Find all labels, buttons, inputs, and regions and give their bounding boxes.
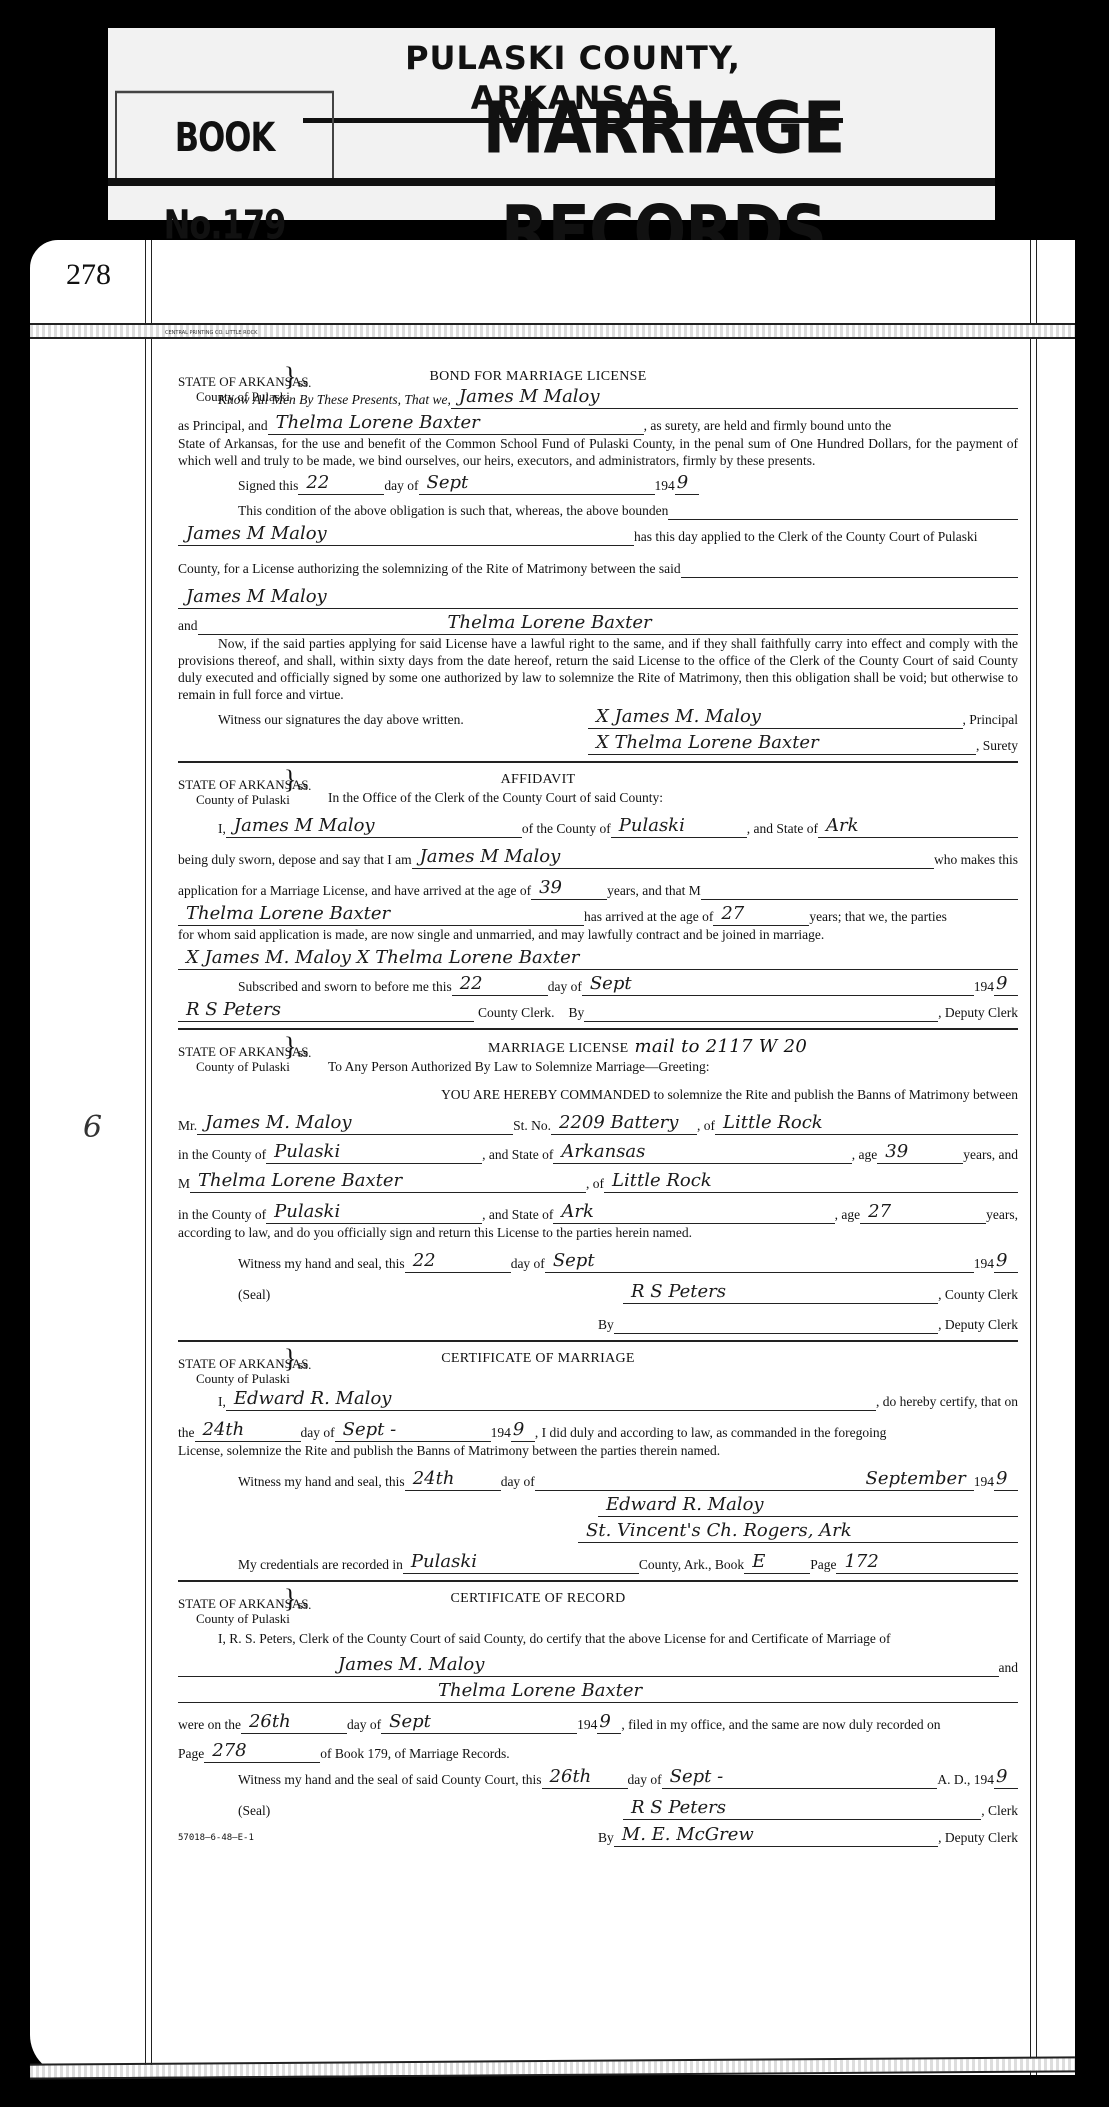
ss-mark: ss. xyxy=(298,1044,311,1062)
in-county-label: in the County of xyxy=(178,1146,266,1164)
license-year-digit: 9 xyxy=(994,1250,1018,1273)
day-of-label: day of xyxy=(301,1424,335,1442)
certify-text: , do hereby certify, that on xyxy=(876,1393,1018,1411)
i-label: I, xyxy=(218,820,226,838)
bride-city: Little Rock xyxy=(604,1170,1018,1193)
records-banner: PULASKI COUNTY, ARKANSAS BOOK No.179 MAR… xyxy=(108,28,995,220)
the-label: the xyxy=(178,1424,195,1442)
affidavit-bride: Thelma Lorene Baxter xyxy=(178,903,584,926)
witness-label: Witness my hand and seal, this xyxy=(238,1255,405,1273)
and-state-label: , and State of xyxy=(482,1206,553,1224)
and-state-label: , and State of xyxy=(747,820,818,838)
surety-label: , Surety xyxy=(976,737,1018,755)
license-bride: Thelma Lorene Baxter xyxy=(190,1170,586,1193)
bride-state: Ark xyxy=(553,1201,834,1224)
day-of-label: day of xyxy=(548,978,582,996)
officiant-signature: Edward R. Maloy xyxy=(598,1494,1018,1517)
day-of-label: day of xyxy=(501,1473,535,1491)
year-prefix: 194 xyxy=(974,1255,994,1273)
bride-arrived-text: has arrived at the age of xyxy=(584,908,713,926)
mr-label: Mr. xyxy=(178,1117,197,1135)
ss-mark: ss. xyxy=(298,1356,311,1374)
affidavit-section: STATE OF ARKANSAS County of Pulaski ss. … xyxy=(178,763,1018,1030)
age-label: , age xyxy=(835,1206,860,1224)
by-label: By xyxy=(598,1829,614,1847)
principal-signature: X James M. Maloy xyxy=(588,706,963,729)
m-label: M xyxy=(178,1175,190,1193)
bride-age: 27 xyxy=(713,903,809,926)
deputy-clerk-label: , Deputy Clerk xyxy=(938,1004,1018,1022)
marriage-day: 24th xyxy=(195,1419,301,1442)
deputy-line xyxy=(614,1333,938,1334)
filed-text: , filed in my office, and the same are n… xyxy=(621,1716,940,1734)
certificate-record-title: CERTIFICATE OF RECORD xyxy=(328,1590,748,1608)
ss-mark: ss. xyxy=(298,374,311,392)
and-label: and xyxy=(999,1659,1019,1677)
deputy-clerk-label: , Deputy Clerk xyxy=(938,1829,1018,1847)
years-label: years, xyxy=(986,1206,1018,1224)
blank-line xyxy=(701,899,1018,900)
affiant-county: Pulaski xyxy=(611,815,747,838)
of-label: , of xyxy=(697,1117,715,1135)
county-ark-book-label: County, Ark., Book xyxy=(639,1556,744,1574)
in-county-label: in the County of xyxy=(178,1206,266,1224)
years-and-text: years, and that M xyxy=(607,882,701,900)
deputy-clerk-label: , Deputy Clerk xyxy=(938,1316,1018,1334)
i-label: I, xyxy=(218,1393,226,1411)
affidavit-title: AFFIDAVIT xyxy=(328,771,748,789)
license-month: Sept xyxy=(545,1250,974,1273)
credentials-book: E xyxy=(744,1551,810,1574)
bond-year-digit: 9 xyxy=(675,472,699,495)
groom-age: 39 xyxy=(531,877,607,900)
record-month: Sept xyxy=(381,1711,577,1734)
were-on-label: were on the xyxy=(178,1716,241,1734)
license-clerk-signature: R S Peters xyxy=(623,1281,938,1304)
marriage-form: STATE OF ARKANSAS County of Pulaski ss. … xyxy=(178,360,1018,1853)
license-title-row: MARRIAGE LICENSEmail to 2117 W 20 xyxy=(328,1038,888,1058)
ss-mark: ss. xyxy=(298,1596,311,1614)
st-no-label: St. No. xyxy=(513,1117,551,1135)
witness-label: Witness my hand and seal, this xyxy=(238,1473,405,1491)
surety-name: Thelma Lorene Baxter xyxy=(268,412,644,435)
did-duly-text: , I did duly and according to law, as co… xyxy=(535,1424,887,1442)
day-of-label: day of xyxy=(384,477,418,495)
bond-section: STATE OF ARKANSAS County of Pulaski ss. … xyxy=(178,360,1018,763)
deputy-signature: M. E. McGrew xyxy=(614,1824,938,1847)
banner-rule xyxy=(108,178,995,186)
of-book-text: of Book 179, of Marriage Records. xyxy=(320,1745,509,1763)
certificate-marriage-title: CERTIFICATE OF MARRIAGE xyxy=(328,1350,748,1368)
principal-name: James M Maloy xyxy=(451,386,1018,409)
condition-text: This condition of the above obligation i… xyxy=(238,502,668,520)
officiant-church: St. Vincent's Ch. Rogers, Ark xyxy=(578,1520,1018,1543)
marriage-year-digit: 9 xyxy=(511,1419,535,1442)
record-witness-year-digit: 9 xyxy=(994,1766,1018,1789)
day-of-label: day of xyxy=(347,1716,381,1734)
bond-body: State of Arkansas, for the use and benef… xyxy=(178,435,1018,469)
record-clerk-signature: R S Peters xyxy=(623,1797,981,1820)
credentials-label: My credentials are recorded in xyxy=(238,1556,403,1574)
sworn-text: being duly sworn, depose and say that I … xyxy=(178,851,412,869)
year-prefix: 194 xyxy=(974,978,994,996)
county-clerk-label: , County Clerk xyxy=(938,1286,1018,1304)
surety-signature: X Thelma Lorene Baxter xyxy=(588,732,976,755)
witness-year-digit: 9 xyxy=(994,1468,1018,1491)
by-label: By xyxy=(569,1004,585,1022)
clerk-signature: R S Peters xyxy=(178,999,474,1022)
year-prefix: 194 xyxy=(577,1716,597,1734)
margin-note: 6 xyxy=(83,1110,102,1145)
year-prefix: 194 xyxy=(974,1473,994,1491)
record-witness-month: Sept - xyxy=(662,1766,938,1789)
day-of-label: day of xyxy=(511,1255,545,1273)
groom-county: Pulaski xyxy=(266,1141,482,1164)
bond-day: 22 xyxy=(298,472,384,495)
deputy-line xyxy=(584,1021,938,1022)
affidavit-applicant: James M Maloy xyxy=(412,846,934,869)
certificate-record-section: STATE OF ARKANSAS County of Pulaski ss. … xyxy=(178,1582,1018,1853)
affiant-state: Ark xyxy=(818,815,1018,838)
application-text: application for a Marriage License, and … xyxy=(178,882,531,900)
record-page: 278 xyxy=(204,1740,320,1763)
form-number: 57018—6-48—E-1 xyxy=(178,1829,598,1847)
right-margin-rule xyxy=(1030,240,1037,2075)
witness-day: 24th xyxy=(405,1468,501,1491)
principal-label: , Principal xyxy=(963,711,1019,729)
bride-county: Pulaski xyxy=(266,1201,482,1224)
years-parties-text: years; that we, the parties xyxy=(809,908,947,926)
witness-text: Witness our signatures the day above wri… xyxy=(218,711,588,729)
page-label: Page xyxy=(178,1745,204,1763)
and-state-label: , and State of xyxy=(482,1146,553,1164)
record-year-digit: 9 xyxy=(597,1711,621,1734)
affidavit-signatures: X James M. Maloy X Thelma Lorene Baxter xyxy=(178,947,1018,970)
according-text: according to law, and do you officially … xyxy=(178,1224,1018,1242)
license-bride-age: 27 xyxy=(860,1201,986,1224)
year-prefix: 194 xyxy=(491,1424,511,1442)
record-intro: I, R. S. Peters, Clerk of the County Cou… xyxy=(178,1630,1018,1648)
clerk-label: , Clerk xyxy=(981,1802,1018,1820)
groom-city: Little Rock xyxy=(715,1112,1018,1135)
for-whom-text: for whom said application is made, are n… xyxy=(178,926,1018,944)
record-bride: Thelma Lorene Baxter xyxy=(178,1680,1018,1703)
page-number: 278 xyxy=(66,258,111,292)
mail-note: mail to 2117 W 20 xyxy=(635,1036,808,1057)
affidavit-month: Sept xyxy=(582,973,974,996)
bride-name: Thelma Lorene Baxter xyxy=(198,612,1019,635)
seal-label: (Seal) xyxy=(238,1286,623,1304)
groom-street: 2209 Battery xyxy=(551,1112,697,1135)
affiant-name: James M Maloy xyxy=(226,815,522,838)
affidavit-day: 22 xyxy=(452,973,548,996)
marriage-month: Sept - xyxy=(335,1419,491,1442)
county-license-text: County, for a License authorizing the so… xyxy=(178,560,681,578)
year-prefix: 194 xyxy=(655,477,675,495)
as-principal-text: as Principal, and xyxy=(178,417,268,435)
groom-state: Arkansas xyxy=(553,1141,851,1164)
left-margin-rule xyxy=(145,240,152,2075)
surety-text: , as surety, are held and firmly bound u… xyxy=(644,417,892,435)
printer-mark: CENTRAL PRINTING CO. LITTLE ROCK xyxy=(165,330,257,336)
certificate-marriage-section: STATE OF ARKANSAS County of Pulaski ss. … xyxy=(178,1342,1018,1582)
record-day: 26th xyxy=(241,1711,347,1734)
subscribed-text: Subscribed and sworn to before me this xyxy=(238,978,452,996)
applicant-name: James M Maloy xyxy=(178,523,634,546)
of-label: , of xyxy=(586,1175,604,1193)
page-label: Page xyxy=(810,1556,836,1574)
signed-this-label: Signed this xyxy=(238,477,298,495)
applied-text: has this day applied to the Clerk of the… xyxy=(634,528,977,546)
ad-label: A. D., 194 xyxy=(937,1771,994,1789)
and-label: and xyxy=(178,617,198,635)
greeting-text: To Any Person Authorized By Law to Solem… xyxy=(328,1058,1018,1076)
age-label: , age xyxy=(852,1146,877,1164)
day-of-label: day of xyxy=(628,1771,662,1789)
office-text: In the Office of the Clerk of the County… xyxy=(328,789,1018,807)
credentials-county: Pulaski xyxy=(403,1551,639,1574)
license-groom-age: 39 xyxy=(877,1141,963,1164)
solemnize-text: License, solemnize the Rite and publish … xyxy=(178,1442,1018,1460)
officiant-name: Edward R. Maloy xyxy=(226,1388,876,1411)
license-title: MARRIAGE LICENSE xyxy=(488,1041,629,1056)
bond-title: BOND FOR MARRIAGE LICENSE xyxy=(328,368,748,386)
record-groom: James M. Maloy xyxy=(178,1654,999,1677)
witness-label: Witness my hand and the seal of said Cou… xyxy=(238,1771,542,1789)
book-number: BOOK No.179 xyxy=(115,91,334,184)
ss-mark: ss. xyxy=(298,777,311,795)
groom-name: James M Maloy xyxy=(178,586,1018,609)
blank-line xyxy=(668,519,1018,520)
commanded-text: YOU ARE HEREBY COMMANDED to solemnize th… xyxy=(178,1086,1018,1104)
credentials-page: 172 xyxy=(836,1551,1018,1574)
county-clerk-label: County Clerk. xyxy=(478,1004,555,1022)
now-if-paragraph: Now, if the said parties applying for sa… xyxy=(178,635,1018,703)
license-groom: James M. Maloy xyxy=(197,1112,513,1135)
seal-label: (Seal) xyxy=(238,1802,623,1820)
affidavit-year-digit: 9 xyxy=(994,973,1018,996)
who-makes-text: who makes this xyxy=(934,851,1018,869)
record-witness-day: 26th xyxy=(542,1766,628,1789)
license-day: 22 xyxy=(405,1250,511,1273)
by-label: By xyxy=(598,1316,614,1334)
blank-line xyxy=(681,577,1018,578)
years-and-label: years, and xyxy=(963,1146,1018,1164)
license-section: STATE OF ARKANSAS County of Pulaski ss. … xyxy=(178,1030,1018,1342)
witness-month: September xyxy=(535,1468,974,1491)
of-county-label: of the County of xyxy=(522,820,611,838)
bond-month: Sept xyxy=(419,472,655,495)
